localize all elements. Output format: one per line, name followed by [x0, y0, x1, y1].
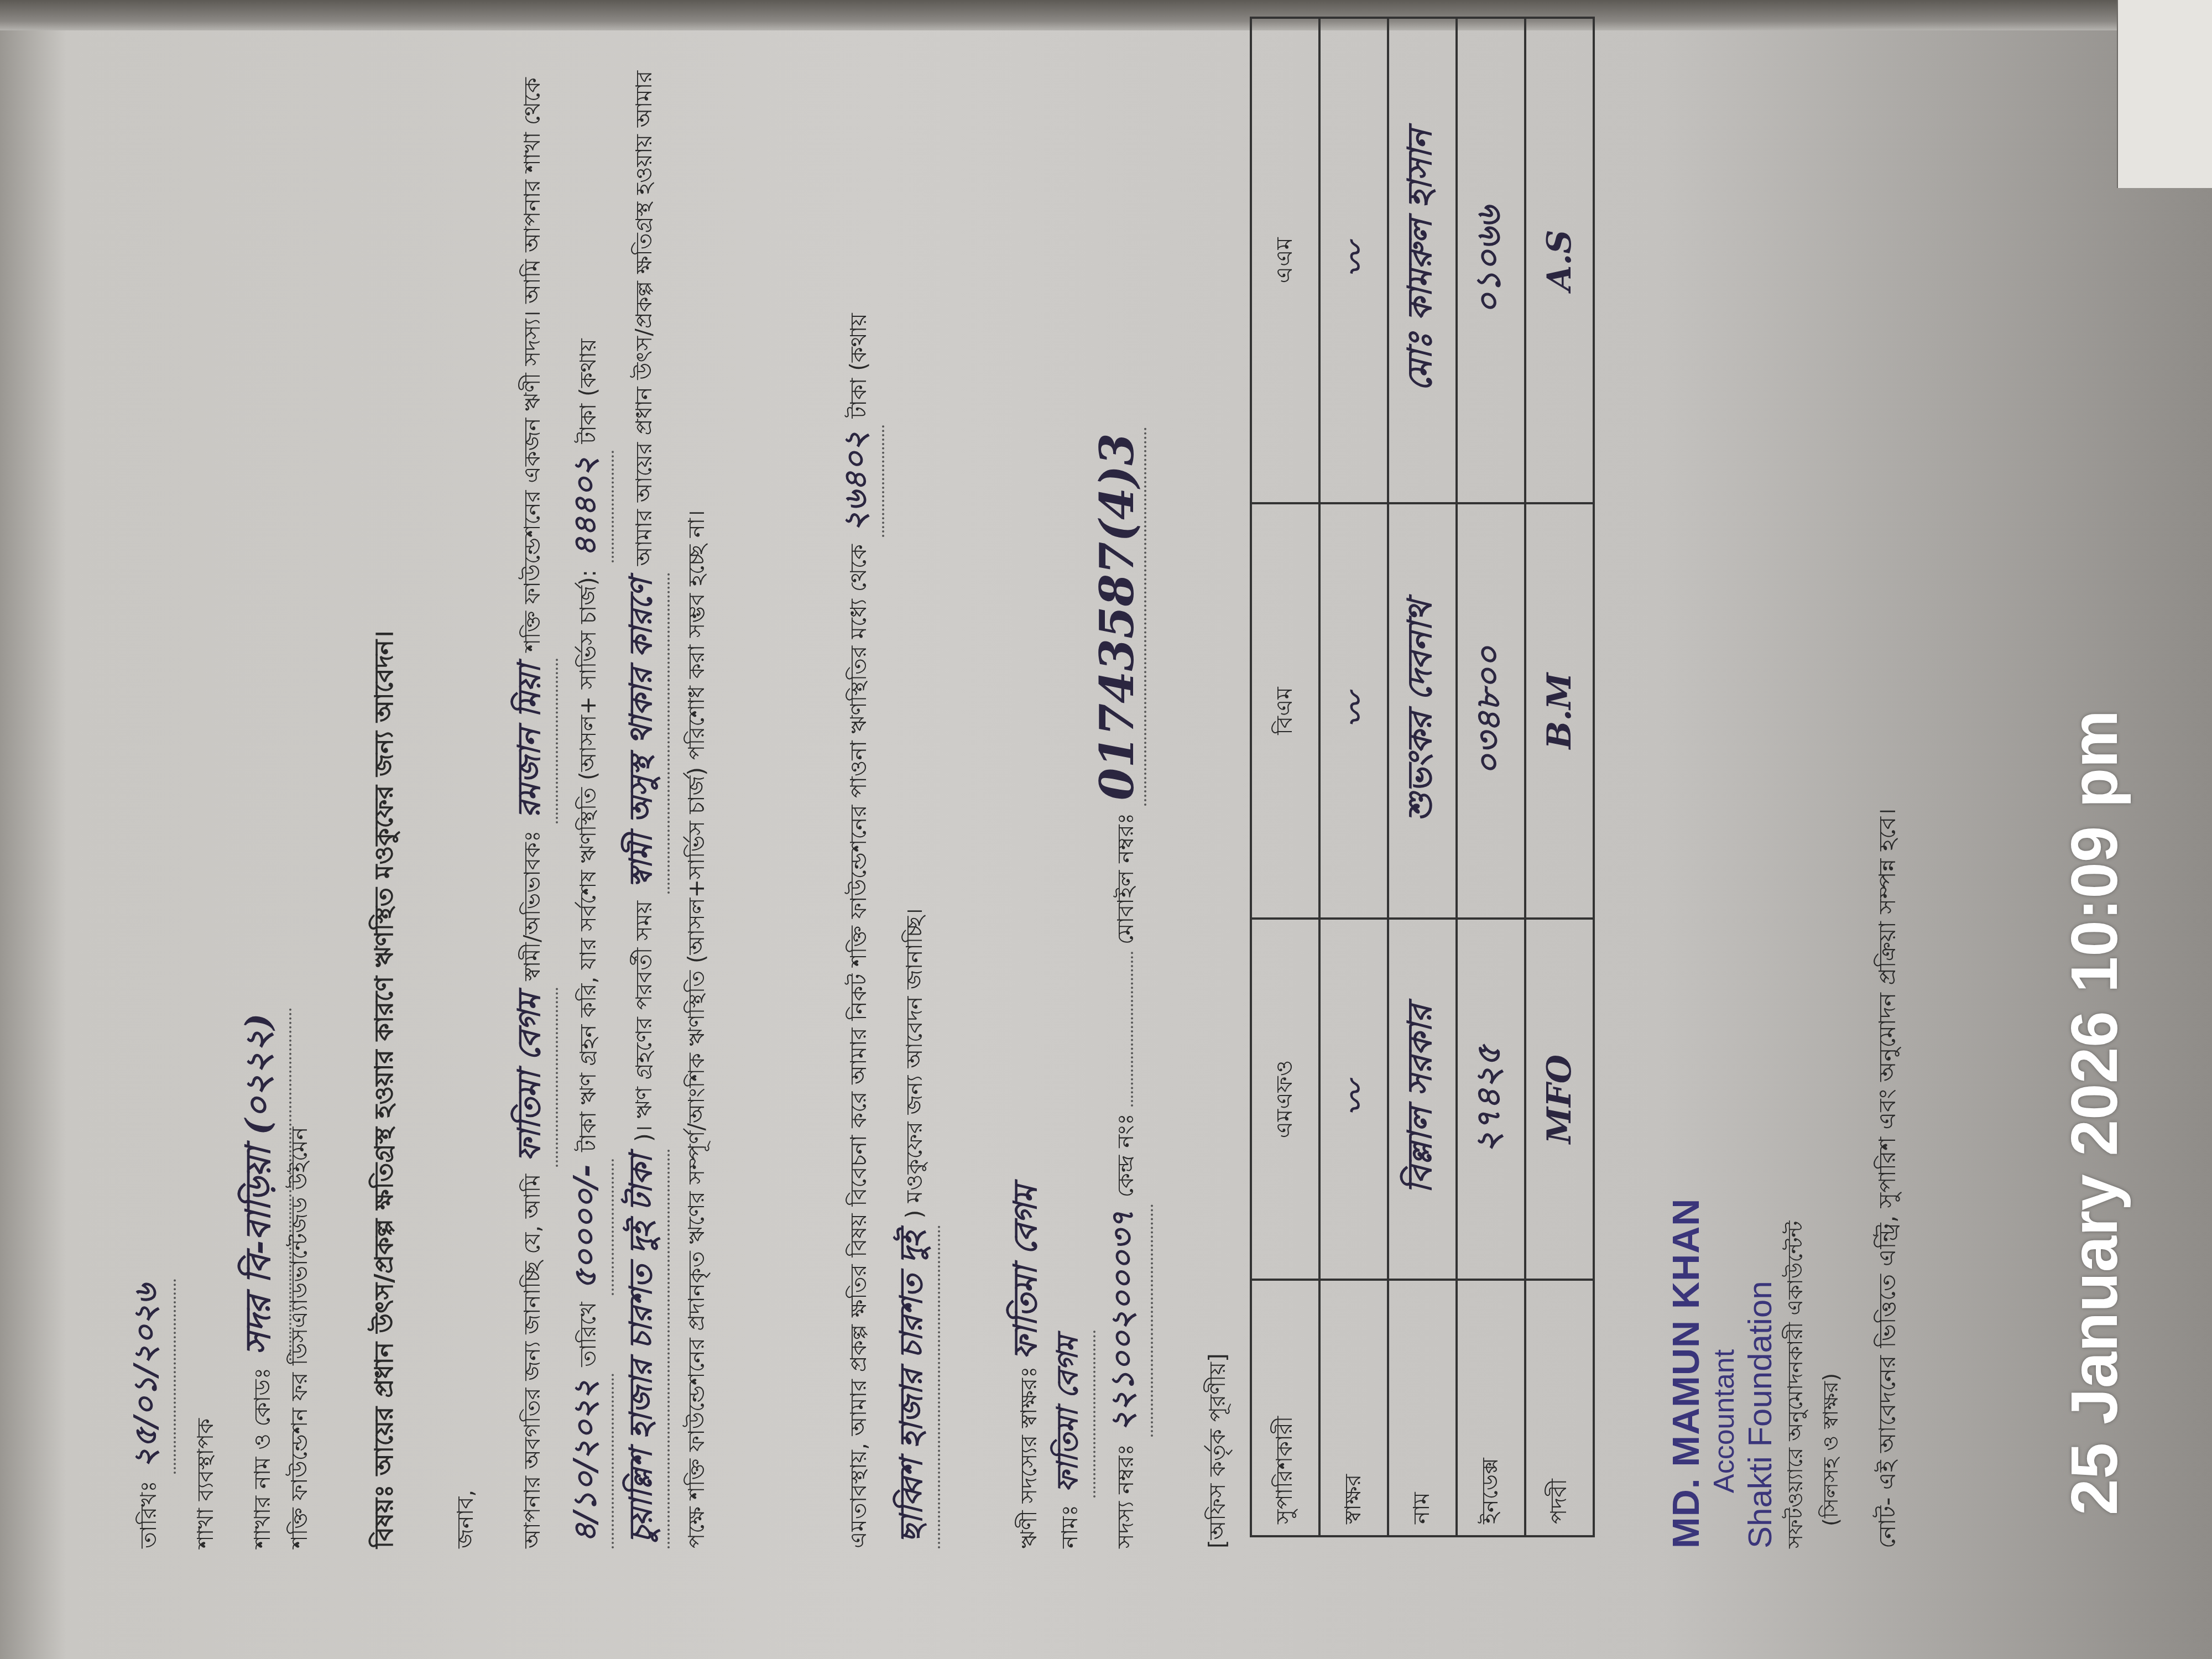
date-row: তারিখঃ ২৫/০১/২০২৬ — [122, 1279, 176, 1548]
member-name-row: নামঃ ফাতিমা বেগম — [1045, 1331, 1095, 1548]
mfo-signature: 〰 — [1319, 919, 1388, 1280]
loan-date: ৪/১০/২০২২ — [559, 1374, 614, 1548]
member-no-value: ২২১০০২০০০৩৭ — [1099, 1204, 1153, 1437]
table-cell: মোঃ কামরুল হাসান — [1388, 18, 1457, 503]
body-paragraph-1: আপনার অবগতির জন্য জানাচ্ছি যে, আমি ফাতিম… — [503, 28, 723, 1548]
date-label: তারিখঃ — [136, 1480, 161, 1548]
table-row: স্বাক্ষর 〰 〰 〰 — [1319, 18, 1388, 1536]
table-cell: বিল্লাল সরকার — [1388, 919, 1457, 1280]
name-label: নামঃ — [1057, 1505, 1083, 1548]
approver-label: সফটওয়্যারে অনুমোদনকারী একাউন্টেন্ট — [1779, 1198, 1814, 1548]
waiver-words: ছাব্বিশ হাজার চারশত দুই — [885, 1225, 940, 1548]
body-text: )। ঋণ গ্রহণের পরবর্তী সময় — [632, 901, 657, 1142]
table-cell: ২৭৪২৫ — [1457, 919, 1525, 1280]
member-signature: ফাতিমা বেগম — [1006, 1185, 1044, 1359]
application-form: তারিখঃ ২৫/০১/২০২৬ শাখা ব্যবস্থাপক শাখার … — [28, 28, 2074, 1631]
photo-top-shadow — [0, 0, 2212, 30]
table-cell: শুভংকর দেবনাথ — [1388, 503, 1457, 919]
body-text: টাকা ঋণ গ্রহন করি, যার সর্বশেষ ঋণস্থিতি … — [576, 570, 601, 1152]
member-name: ফাতিমা বেগম — [503, 988, 558, 1167]
body-text: তারিখে — [576, 1302, 601, 1366]
table-header-row: সুপারিশকারী এমএফও বিএম এএম — [1251, 18, 1319, 1536]
body-text: স্বামী/অভিভাবকঃ — [520, 831, 545, 981]
date-value: ২৫/০১/২০২৬ — [122, 1279, 176, 1474]
body-text: ) মওকুফের জন্য আবেদন জানাচ্ছি। — [902, 909, 927, 1219]
signature-label: ঋণী সদস্যের স্বাক্ষরঃ — [1016, 1366, 1042, 1548]
am-signature: 〰 — [1319, 18, 1388, 503]
table-row: নাম বিল্লাল সরকার শুভংকর দেবনাথ মোঃ কামর… — [1388, 18, 1457, 1536]
table-row: ইনডেক্স ২৭৪২৫ ০৩৪৮০০ ০১০৬৬ — [1457, 18, 1525, 1536]
row-label: পদবী — [1525, 1280, 1594, 1536]
office-approval-table: সুপারিশকারী এমএফও বিএম এএম স্বাক্ষর 〰 〰 … — [1250, 17, 1595, 1537]
accountant-stamp: MD. MAMUN KHAN Accountant Shakti Foundat… — [1665, 1198, 1850, 1548]
addressee: শাখা ব্যবস্থাপক — [188, 1418, 225, 1548]
guardian-name: রমজান মিয়া — [503, 659, 558, 823]
center-value — [1131, 952, 1133, 1107]
seal-label: (সিলসহ ও স্বাক্ষর) — [1814, 1198, 1850, 1548]
stamp-name: MD. MAMUN KHAN — [1665, 1198, 1708, 1548]
table-cell: ০৩৪৮০০ — [1457, 503, 1525, 919]
table-row: পদবী MFO B.M A.S — [1525, 18, 1594, 1536]
subject-line: বিষয়ঃ আয়ের প্রধান উৎস/প্রকল্প ক্ষতিগ্র… — [365, 630, 407, 1548]
bm-signature: 〰 — [1319, 503, 1388, 919]
member-name-value: ফাতিমা বেগম — [1045, 1331, 1095, 1498]
subject-label: বিষয়ঃ — [369, 1484, 399, 1548]
column-header: এমএফও — [1251, 919, 1319, 1280]
body-text: এমতাবস্থায়, আমার প্রকল্প ক্ষতির বিষয় ব… — [846, 544, 872, 1548]
salutation: জনাব, — [448, 1490, 485, 1548]
body-text: টাকা (কথায় — [576, 338, 601, 444]
body-text: আপনার অবগতির জন্য জানাচ্ছি যে, আমি — [520, 1174, 545, 1548]
office-caption: [অফিস কর্তৃক পূরণীয়] — [1200, 1353, 1237, 1548]
stamp-role: Accountant — [1708, 1198, 1741, 1548]
photo-timestamp: 25 January 2026 10:09 pm — [2057, 710, 2132, 1515]
row-label: নাম — [1388, 1280, 1457, 1536]
branch-label: শাখার নাম ও কোডঃ — [250, 1368, 275, 1548]
subject-text: আয়ের প্রধান উৎস/প্রকল্প ক্ষতিগ্রস্থ হওয… — [369, 630, 399, 1475]
column-header: সুপারিশকারী — [1251, 1280, 1319, 1536]
body-text: টাকা (কথায় — [846, 313, 872, 418]
table-cell: A.S — [1525, 18, 1594, 503]
table-cell: ০১০৬৬ — [1457, 18, 1525, 503]
row-label: স্বাক্ষর — [1319, 1280, 1388, 1536]
mobile-label: মোবাইল নম্বরঃ — [1113, 813, 1139, 945]
mobile-value: 01743587(4)3 — [1089, 427, 1146, 806]
row-label: ইনডেক্স — [1457, 1280, 1525, 1536]
outstanding-words: চুয়াল্লিশ হাজার চারশত দুই টাকা — [615, 1149, 670, 1548]
org-line: শক্তি ফাউন্ডেশন ফর ডিসএ্যাডভান্টেজড উইমে… — [282, 1127, 319, 1548]
column-header: বিএম — [1251, 503, 1319, 919]
adjacent-paper-edge — [2117, 0, 2212, 188]
stamp-org: Shakti Foundation — [1741, 1198, 1779, 1548]
loss-reason: স্বামী অসুস্থ থাকার কারণে — [615, 573, 670, 894]
loan-amount: ৫০০০০/- — [559, 1159, 614, 1295]
center-label: কেন্দ্র নংঃ — [1113, 1113, 1139, 1197]
waiver-amount: ২৬৪০২ — [830, 425, 884, 537]
table-cell: B.M — [1525, 503, 1594, 919]
column-header: এএম — [1251, 18, 1319, 503]
member-no-label: সদস্য নম্বরঃ — [1113, 1444, 1139, 1548]
footer-note: নোট- এই আবেদনের ভিত্তিতে এন্ট্রি, সুপারি… — [1869, 808, 1908, 1548]
member-id-row: সদস্য নম্বরঃ ২২১০০২০০০৩৭ কেন্দ্র নংঃ মোব… — [1089, 427, 1153, 1548]
outstanding-amount: ৪৪৪০২ — [559, 451, 614, 562]
table-cell: MFO — [1525, 919, 1594, 1280]
body-paragraph-2: এমতাবস্থায়, আমার প্রকল্প ক্ষতির বিষয় ব… — [830, 28, 941, 1548]
body-text: শক্তি ফাউন্ডেশনের একজন ঋণী সদস্য। আমি আপ… — [520, 77, 545, 652]
